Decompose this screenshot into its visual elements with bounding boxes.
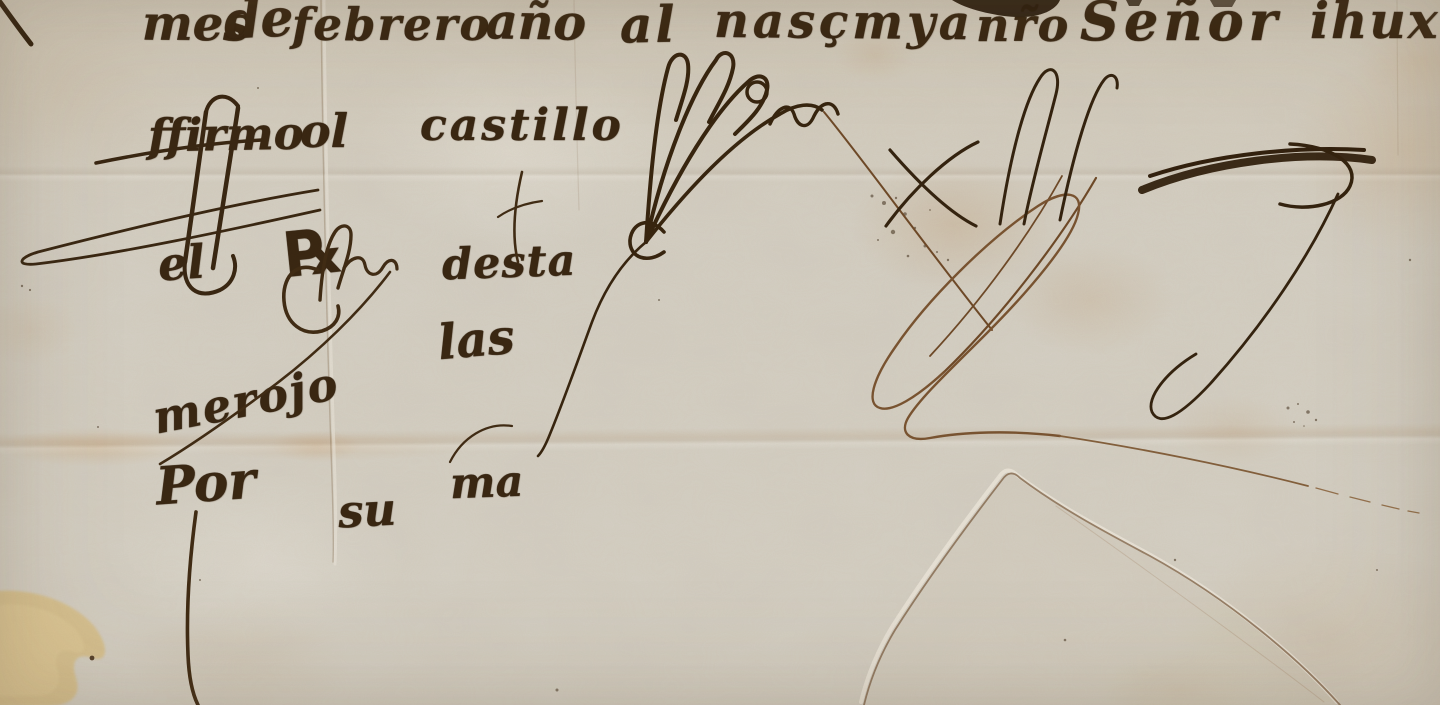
paper-grain-overlay [0,0,1440,705]
manuscript-photo: mes de febrero año al nasçmya nr̃o Señor… [0,0,1440,705]
